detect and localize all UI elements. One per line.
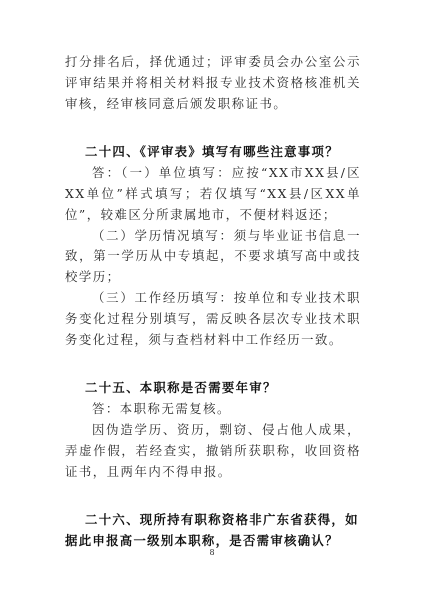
section-heading: 二十四、《评审表》填写有哪些注意事项？ bbox=[65, 142, 361, 163]
section-26: 二十六、现所持有职称资格非广东省获得，如据此申报高一级别本职称，是否需审核确认？ bbox=[65, 510, 361, 552]
answer-paragraph: （三）工作经历填写：按单位和专业技术职务变化过程分别填写，需反映各层次专业技术职… bbox=[65, 288, 361, 350]
answer-paragraph: （二）学历情况填写：须与毕业证书信息一致，第一学历从中专填起，不要求填写高中或技… bbox=[65, 226, 361, 288]
answer-paragraph: 因伪造学历、资历，剽窃、侵占他人成果，弄虚作假，若经查实，撤销所获职称，收回资格… bbox=[65, 420, 361, 482]
page-number: 8 bbox=[0, 548, 424, 557]
section-24: 二十四、《评审表》填写有哪些注意事项？ 答：（一）单位填写：应按“XX市XX县/… bbox=[65, 142, 361, 350]
section-heading: 二十六、现所持有职称资格非广东省获得，如据此申报高一级别本职称，是否需审核确认？ bbox=[65, 510, 361, 552]
section-heading: 二十五、本职称是否需要年审？ bbox=[65, 378, 361, 399]
answer-paragraph: 答：本职称无需复核。 bbox=[65, 399, 361, 420]
section-25: 二十五、本职称是否需要年审？ 答：本职称无需复核。 因伪造学历、资历，剽窃、侵占… bbox=[65, 378, 361, 482]
intro-paragraph: 打分排名后，择优通过；评审委员会办公室公示评审结果并将相关材料报专业技术资格核准… bbox=[65, 52, 361, 114]
document-page: 打分排名后，择优通过；评审委员会办公室公示评审结果并将相关材料报专业技术资格核准… bbox=[65, 52, 361, 552]
answer-paragraph: 答：（一）单位填写：应按“XX市XX县/区XX单位”样式填写；若仅填写“XX县/… bbox=[65, 163, 361, 225]
